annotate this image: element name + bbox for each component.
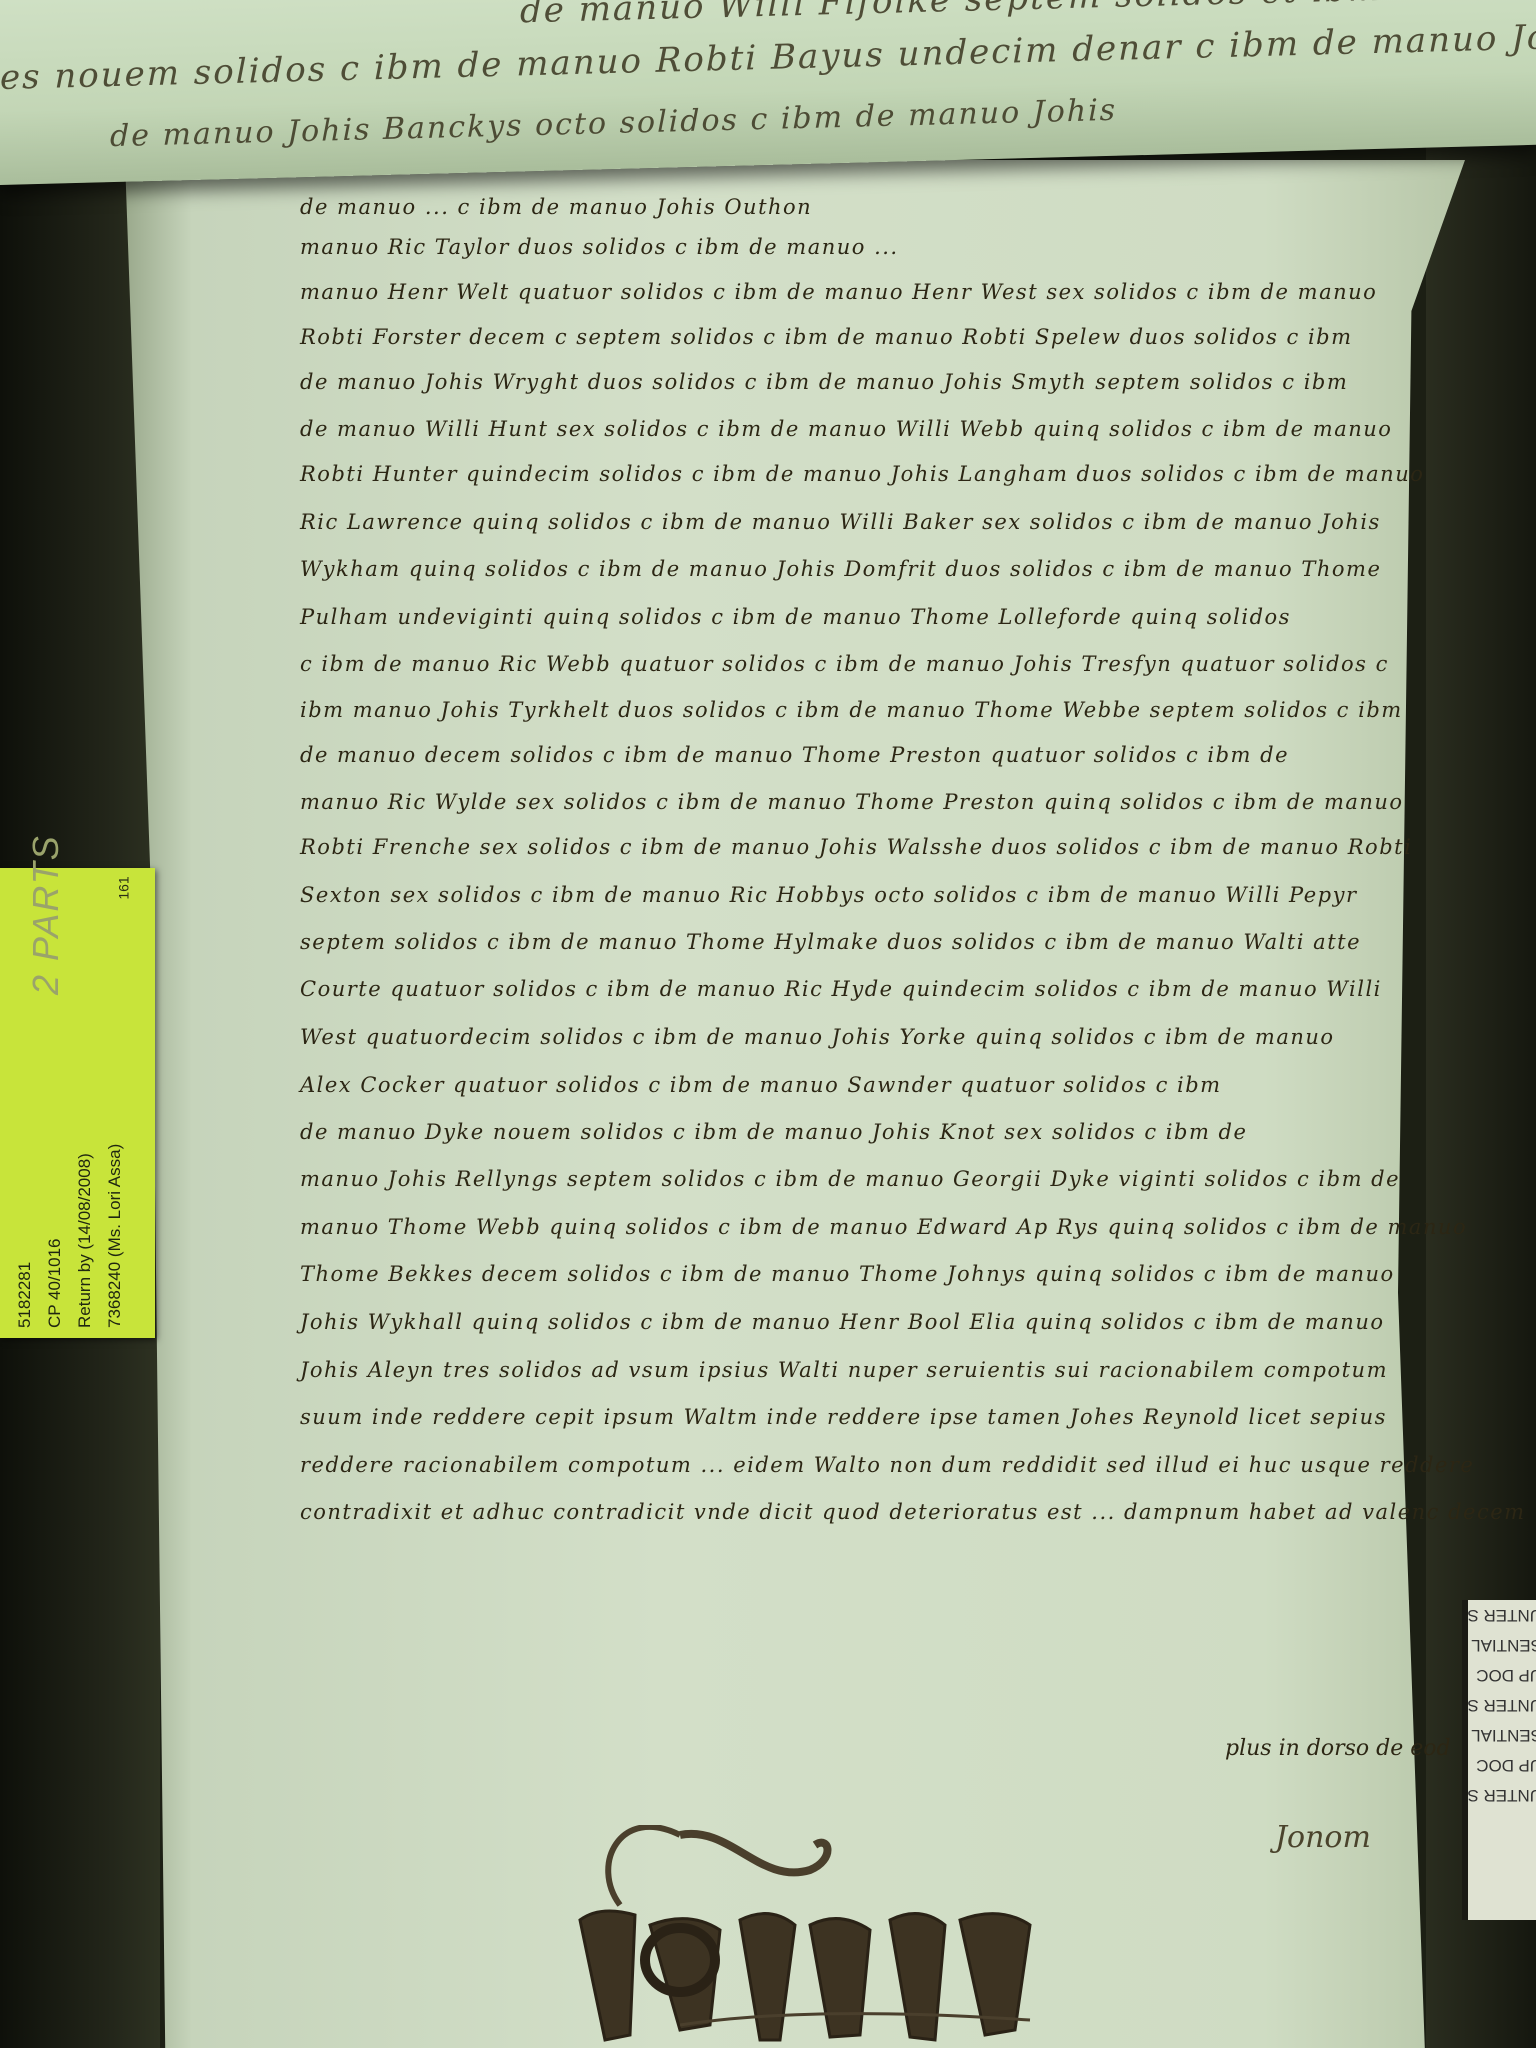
slip-line: UP DOC [1468, 1660, 1536, 1690]
manuscript-line: Robti Hunter quindecim solidos c ibm de … [300, 462, 1424, 486]
roll-line: de manuo Johis Banckys octo solidos c ib… [110, 93, 1117, 154]
manuscript-line: Pulham undeviginti quinq solidos c ibm d… [300, 605, 1291, 629]
manuscript-line: manuo Johis Rellyngs septem solidos c ib… [300, 1167, 1400, 1191]
manuscript-line: manuo Henr Welt quatuor solidos c ibm de… [300, 280, 1377, 304]
manuscript-line: de manuo ... c ibm de manuo Johis Outhon [300, 195, 812, 219]
manuscript-line: de manuo Johis Wryght duos solidos c ibm… [300, 370, 1348, 394]
manuscript-line: de manuo Willi Hunt sex solidos c ibm de… [300, 417, 1392, 441]
slip-line: UNTER S [1468, 1600, 1536, 1630]
slip-line: UNTER S [1468, 1780, 1536, 1810]
slip-line: UNTER S [1468, 1690, 1536, 1720]
manuscript-line: ibm manuo Johis Tyrkhelt duos solidos c … [300, 698, 1403, 722]
roll-line: es nouem solidos c ibm de manuo Robti Ba… [0, 16, 1536, 98]
decorated-initial-icon [560, 1825, 1120, 2045]
manuscript-line: reddere racionabilem compotum ... eidem … [300, 1453, 1474, 1477]
manuscript-line: de manuo Dyke nouem solidos c ibm de man… [300, 1120, 1247, 1144]
manuscript-line: Robti Forster decem c septem solidos c i… [300, 325, 1353, 349]
label-reader: 7368240 (Ms. Lori Assa) [100, 868, 130, 1328]
manuscript-line: Ric Lawrence quinq solidos c ibm de manu… [300, 510, 1381, 534]
manuscript-line: septem solidos c ibm de manuo Thome Hylm… [300, 930, 1361, 954]
paper-slip-right: UNTER S SENTIAL T UP DOC UNTER S SENTIAL… [1462, 1600, 1536, 1920]
manuscript-line: contradixit et adhuc contradicit vnde di… [300, 1500, 1526, 1524]
slip-line: SENTIAL T [1468, 1720, 1536, 1750]
manuscript-line: manuo Thome Webb quinq solidos c ibm de … [300, 1215, 1467, 1239]
clerk-signature: Jonom [1275, 1820, 1371, 1855]
parchment-membrane [125, 160, 1465, 2048]
manuscript-line: Wykham quinq solidos c ibm de manuo Johi… [300, 557, 1381, 581]
manuscript-line: Courte quatuor solidos c ibm de manuo Ri… [300, 977, 1382, 1001]
manuscript-line: manuo Ric Wylde sex solidos c ibm de man… [300, 790, 1404, 814]
manuscript-line: c ibm de manuo Ric Webb quatuor solidos … [300, 652, 1389, 676]
manuscript-line: Alex Cocker quatuor solidos c ibm de man… [300, 1073, 1222, 1097]
manuscript-line: West quatuordecim solidos c ibm de manuo… [300, 1025, 1335, 1049]
manuscript-line: Johis Wykhall quinq solidos c ibm de man… [300, 1310, 1385, 1334]
rolled-membrane-top: de manuo Willi Fifolke septem solidos et… [0, 0, 1536, 185]
manuscript-line: Robti Frenche sex solidos c ibm de manuo… [300, 835, 1412, 859]
manuscript-line: suum inde reddere cepit ipsum Waltm inde… [300, 1405, 1387, 1429]
slip-line: UP DOC [1468, 1750, 1536, 1780]
label-handwritten-note: 2 PARTS [25, 795, 67, 995]
manuscript-line: de manuo decem solidos c ibm de manuo Th… [300, 743, 1289, 767]
label-corner-number: 161 [116, 876, 132, 899]
manuscript-line: manuo Ric Taylor duos solidos c ibm de m… [300, 235, 899, 259]
manuscript-line: Sexton sex solidos c ibm de manuo Ric Ho… [300, 883, 1358, 907]
manuscript-line: Thome Bekkes decem solidos c ibm de manu… [300, 1262, 1395, 1286]
slip-line: SENTIAL T [1468, 1630, 1536, 1660]
manuscript-line: Johis Aleyn tres solidos ad vsum ipsius … [300, 1358, 1388, 1382]
margin-note: plus in dorso de eod [1225, 1736, 1451, 1761]
archive-label: 5182281 CP 40/1016 Return by (14/08/2008… [0, 868, 155, 1338]
label-return-date: Return by (14/08/2008) [70, 868, 100, 1328]
